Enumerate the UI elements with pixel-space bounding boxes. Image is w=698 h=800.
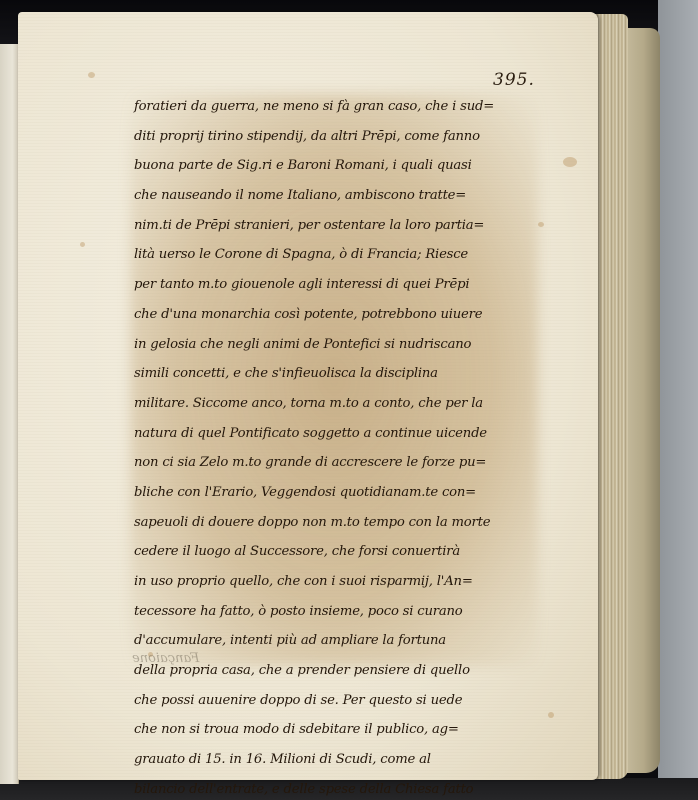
text-line: cedere il luogo al Successore, che forsi…: [134, 537, 514, 567]
text-line: non ci sia Zelo m.to grande di accrescer…: [134, 448, 514, 478]
text-line: in gelosia che negli animi de Pontefici …: [134, 330, 514, 360]
facing-page-edge: [0, 44, 19, 784]
text-line: che d'una monarchia così potente, potreb…: [134, 300, 514, 330]
folio-number: 395.: [493, 70, 535, 90]
foxing-spot: [538, 222, 544, 227]
text-line: foratieri da guerra, ne meno si fà gran …: [134, 92, 514, 122]
scanner-background-right: [658, 0, 698, 800]
text-line: diti proprij tirino stipendij, da altri …: [134, 122, 514, 152]
text-line: sapeuoli di douere doppo non m.to tempo …: [134, 508, 514, 538]
text-line: grauato di 15. in 16. Milioni di Scudi, …: [134, 745, 514, 775]
text-line: militare. Siccome anco, torna m.to a con…: [134, 389, 514, 419]
text-line: lità uerso le Corone di Spagna, ò di Fra…: [134, 240, 514, 270]
manuscript-scan: 395. foratieri da guerra, ne meno si fà …: [0, 0, 698, 800]
text-line: che possi auuenire doppo di se. Per ques…: [134, 686, 514, 716]
foxing-spot: [548, 712, 554, 718]
text-line: bliche con l'Erario, Veggendosi quotidia…: [134, 478, 514, 508]
bleed-through-catchword: Fançaione: [132, 651, 199, 666]
manuscript-text: foratieri da guerra, ne meno si fà gran …: [134, 92, 514, 800]
text-line: buona parte de Sig.ri e Baroni Romani, i…: [134, 151, 514, 181]
text-line: tecessore ha fatto, ò posto insieme, poc…: [134, 597, 514, 627]
text-line: per tanto m.to giouenole agli interessi …: [134, 270, 514, 300]
text-line: natura di quel Pontificato soggetto a co…: [134, 419, 514, 449]
foxing-spot: [563, 157, 577, 167]
foxing-spot: [88, 72, 95, 78]
text-line: nim.ti de Prēpi stranieri, per ostentare…: [134, 211, 514, 241]
text-line: simili concetti, e che s'infieuolisca la…: [134, 359, 514, 389]
text-line: bilancio dell'entrate, e delle spese del…: [134, 775, 514, 800]
text-line: che nauseando il nome Italiano, ambiscon…: [134, 181, 514, 211]
text-line: che non si troua modo di sdebitare il pu…: [134, 715, 514, 745]
foxing-spot: [80, 242, 85, 247]
text-line: in uso proprio quello, che con i suoi ri…: [134, 567, 514, 597]
